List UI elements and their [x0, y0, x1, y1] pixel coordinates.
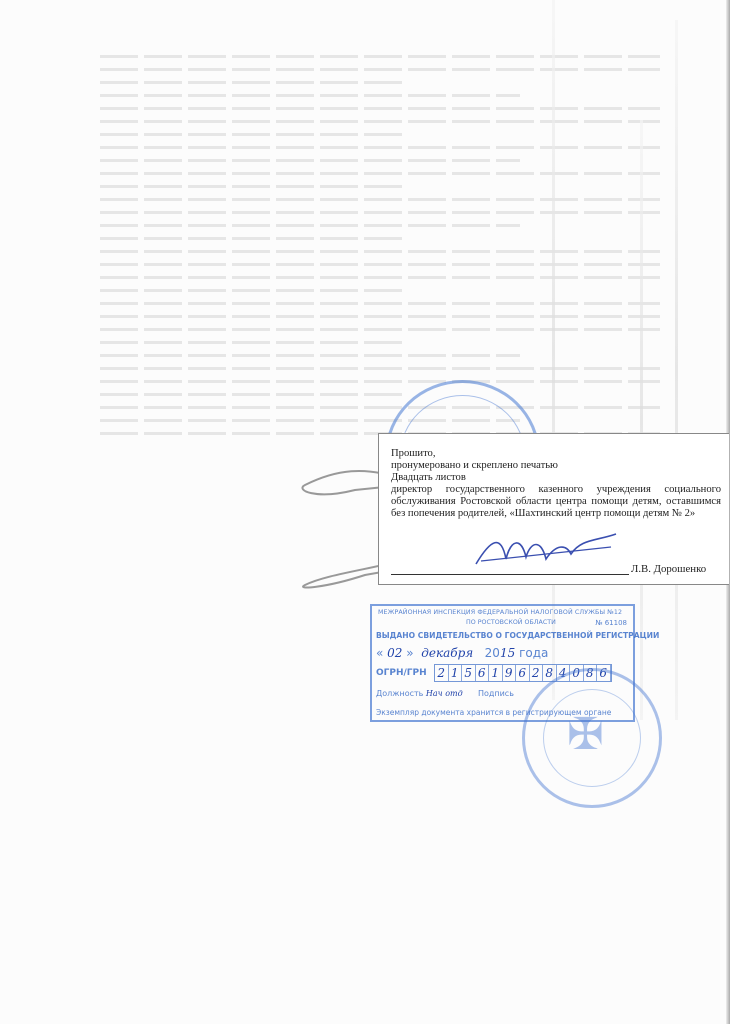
- show-through-line: [100, 302, 660, 305]
- label-line-sheet-count: Двадцать листов: [391, 472, 721, 484]
- show-through-line: [100, 341, 408, 344]
- show-through-line: [100, 367, 660, 370]
- show-through-line: [100, 94, 520, 97]
- show-through-line: [100, 68, 660, 71]
- ogrn-digit: 6: [516, 665, 530, 681]
- director-signature: [471, 529, 621, 579]
- date-month: декабря: [421, 646, 473, 660]
- show-through-line: [100, 393, 408, 396]
- stamp-date: « 02 » декабря 2015 года: [376, 646, 548, 660]
- stamp-position: Должность Нач отд Подпись: [376, 689, 514, 698]
- show-through-line: [100, 224, 520, 227]
- document-page: Прошито, пронумеровано и скреплено печат…: [0, 0, 730, 1024]
- ogrn-digit: 6: [476, 665, 490, 681]
- label-line-stitched: Прошито,: [391, 448, 721, 460]
- show-through-line: [100, 133, 408, 136]
- show-through-line: [100, 185, 408, 188]
- show-through-line: [100, 250, 660, 253]
- binding-certification-label: Прошито, пронумеровано и скреплено печат…: [378, 433, 729, 585]
- ogrn-digit: 5: [462, 665, 476, 681]
- date-year-suffix: 15: [500, 646, 515, 660]
- show-through-line: [100, 55, 660, 58]
- show-through-line: [100, 380, 660, 383]
- show-through-text: [100, 55, 660, 445]
- ogrn-digit: 2: [435, 665, 449, 681]
- show-through-line: [100, 146, 660, 149]
- stamp-issued: ВЫДАНО СВИДЕТЕЛЬСТВО О ГОСУДАРСТВЕННОЙ Р…: [376, 631, 659, 640]
- tax-office-round-seal: ✠: [522, 668, 662, 808]
- stamp-region: ПО РОСТОВСКОЙ ОБЛАСТИ: [466, 619, 556, 626]
- ogrn-digit: 2: [530, 665, 544, 681]
- binding-thread: [675, 20, 678, 720]
- signer-name: Л.В. Дорошенко: [631, 563, 706, 575]
- stamp-authority: МЕЖРАЙОННАЯ ИНСПЕКЦИЯ ФЕДЕРАЛЬНОЙ НАЛОГО…: [378, 609, 622, 616]
- date-day: 02: [387, 646, 402, 660]
- show-through-line: [100, 81, 408, 84]
- label-line-numbered: пронумеровано и скреплено печатью: [391, 460, 721, 472]
- position-value: Нач отд: [426, 689, 463, 698]
- eagle-emblem-icon: ✠: [567, 709, 604, 760]
- position-label: Должность: [376, 689, 423, 698]
- signature-label: Подпись: [478, 689, 514, 698]
- ogrn-label: ОГРН/ГРН: [376, 668, 427, 678]
- show-through-line: [100, 315, 660, 318]
- show-through-line: [100, 211, 660, 214]
- show-through-line: [100, 276, 660, 279]
- show-through-line: [100, 237, 408, 240]
- binding-thread: [640, 120, 643, 720]
- show-through-line: [100, 263, 660, 266]
- show-through-line: [100, 354, 520, 357]
- show-through-line: [100, 172, 660, 175]
- ogrn-digit: 1: [449, 665, 463, 681]
- label-signer-title: директор государственного казенного учре…: [391, 484, 721, 520]
- signature-line: [391, 574, 629, 575]
- year-word: года: [519, 646, 548, 660]
- date-year-prefix: 20: [485, 646, 500, 660]
- show-through-line: [100, 289, 408, 292]
- stamp-number: № 61108: [595, 619, 627, 627]
- show-through-line: [100, 328, 660, 331]
- show-through-line: [100, 120, 660, 123]
- ogrn-digit: 9: [503, 665, 517, 681]
- binding-thread: [552, 0, 555, 700]
- show-through-line: [100, 406, 660, 409]
- ogrn-digit: 1: [489, 665, 503, 681]
- show-through-line: [100, 159, 520, 162]
- show-through-line: [100, 198, 660, 201]
- show-through-line: [100, 107, 660, 110]
